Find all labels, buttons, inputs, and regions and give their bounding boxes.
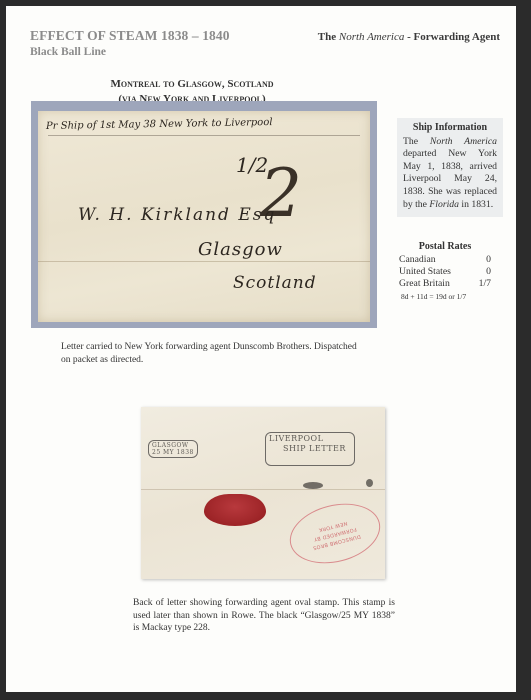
ink-blot (303, 482, 323, 489)
back-cover-image: GLASGOW 25 MY 1838 LIVERPOOL SHIP LETTER… (141, 407, 385, 579)
front-cover-caption: Letter carried to New York forwarding ag… (61, 341, 361, 367)
route-line-1: Montreal to Glasgow, Scotland (82, 77, 302, 92)
rate-row: Great Britain1/7 (399, 278, 491, 290)
country-manuscript: Scotland (233, 273, 317, 293)
rate-label: Great Britain (399, 278, 450, 290)
rate-value: 0 (486, 254, 491, 266)
rate-value: 0 (486, 266, 491, 278)
glasgow-handstamp-line: GLASGOW (152, 442, 194, 449)
ship-info-heading: Ship Information (403, 122, 497, 135)
red-wax-seal (204, 494, 266, 526)
ship-info-text: The North America departed New York May … (403, 136, 497, 212)
rate-label: Canadian (399, 254, 436, 266)
back-cover-caption: Back of letter showing forwarding agent … (133, 597, 395, 635)
postal-rates: Postal Rates Canadian0 United States0 Gr… (399, 241, 491, 303)
endorsement-manuscript: Pr Ship of 1st May 38 New York to Liverp… (46, 117, 273, 132)
postal-rates-heading: Postal Rates (399, 241, 491, 253)
ship-information-box: Ship Information The North America depar… (397, 118, 503, 217)
rate-label: United States (399, 266, 451, 278)
city-manuscript: Glasgow (198, 239, 283, 260)
front-cover-mat: Pr Ship of 1st May 38 New York to Liverp… (31, 101, 377, 328)
page-topic: The North America - Forwarding Agent (318, 31, 500, 43)
endorsement-underline (48, 135, 360, 136)
liverpool-ship-letter-handstamp: LIVERPOOL SHIP LETTER (265, 432, 355, 466)
front-cover-image: Pr Ship of 1st May 38 New York to Liverp… (38, 111, 370, 322)
fold-line (38, 261, 370, 262)
rate-row: United States0 (399, 266, 491, 278)
topic-prefix: The (318, 31, 339, 43)
ship-info-ship-name: North America (430, 136, 497, 147)
topic-ship-name: North America (339, 31, 405, 43)
addressee-manuscript: W. H. Kirkland Esq (78, 205, 276, 225)
forwarding-agent-oval-stamp: NEW YORK FORWARDED BY DUNSCOMB BROS (283, 495, 386, 573)
fold-line (141, 489, 385, 490)
ink-blot (366, 479, 373, 487)
page-title: EFFECT OF STEAM 1838 – 1840 (30, 28, 230, 44)
glasgow-handstamp: GLASGOW 25 MY 1838 (148, 440, 198, 458)
exhibit-page: EFFECT OF STEAM 1838 – 1840 Black Ball L… (6, 6, 516, 692)
topic-suffix: - Forwarding Agent (404, 31, 500, 43)
liverpool-handstamp-line: LIVERPOOL (269, 434, 351, 444)
ship-info-suffix: in 1831. (459, 199, 493, 210)
rate-calculation-note: 8d + 11d = 19d or 1/7 (399, 291, 491, 303)
rate-row: Canadian0 (399, 254, 491, 266)
page-subtitle: Black Ball Line (30, 46, 106, 58)
rate-value: 1/7 (479, 278, 491, 290)
ship-info-prefix: The (403, 136, 430, 147)
glasgow-handstamp-date: 25 MY 1838 (152, 449, 194, 456)
ship-info-replacement: Florida (429, 199, 459, 210)
liverpool-handstamp-line: SHIP LETTER (269, 444, 351, 454)
